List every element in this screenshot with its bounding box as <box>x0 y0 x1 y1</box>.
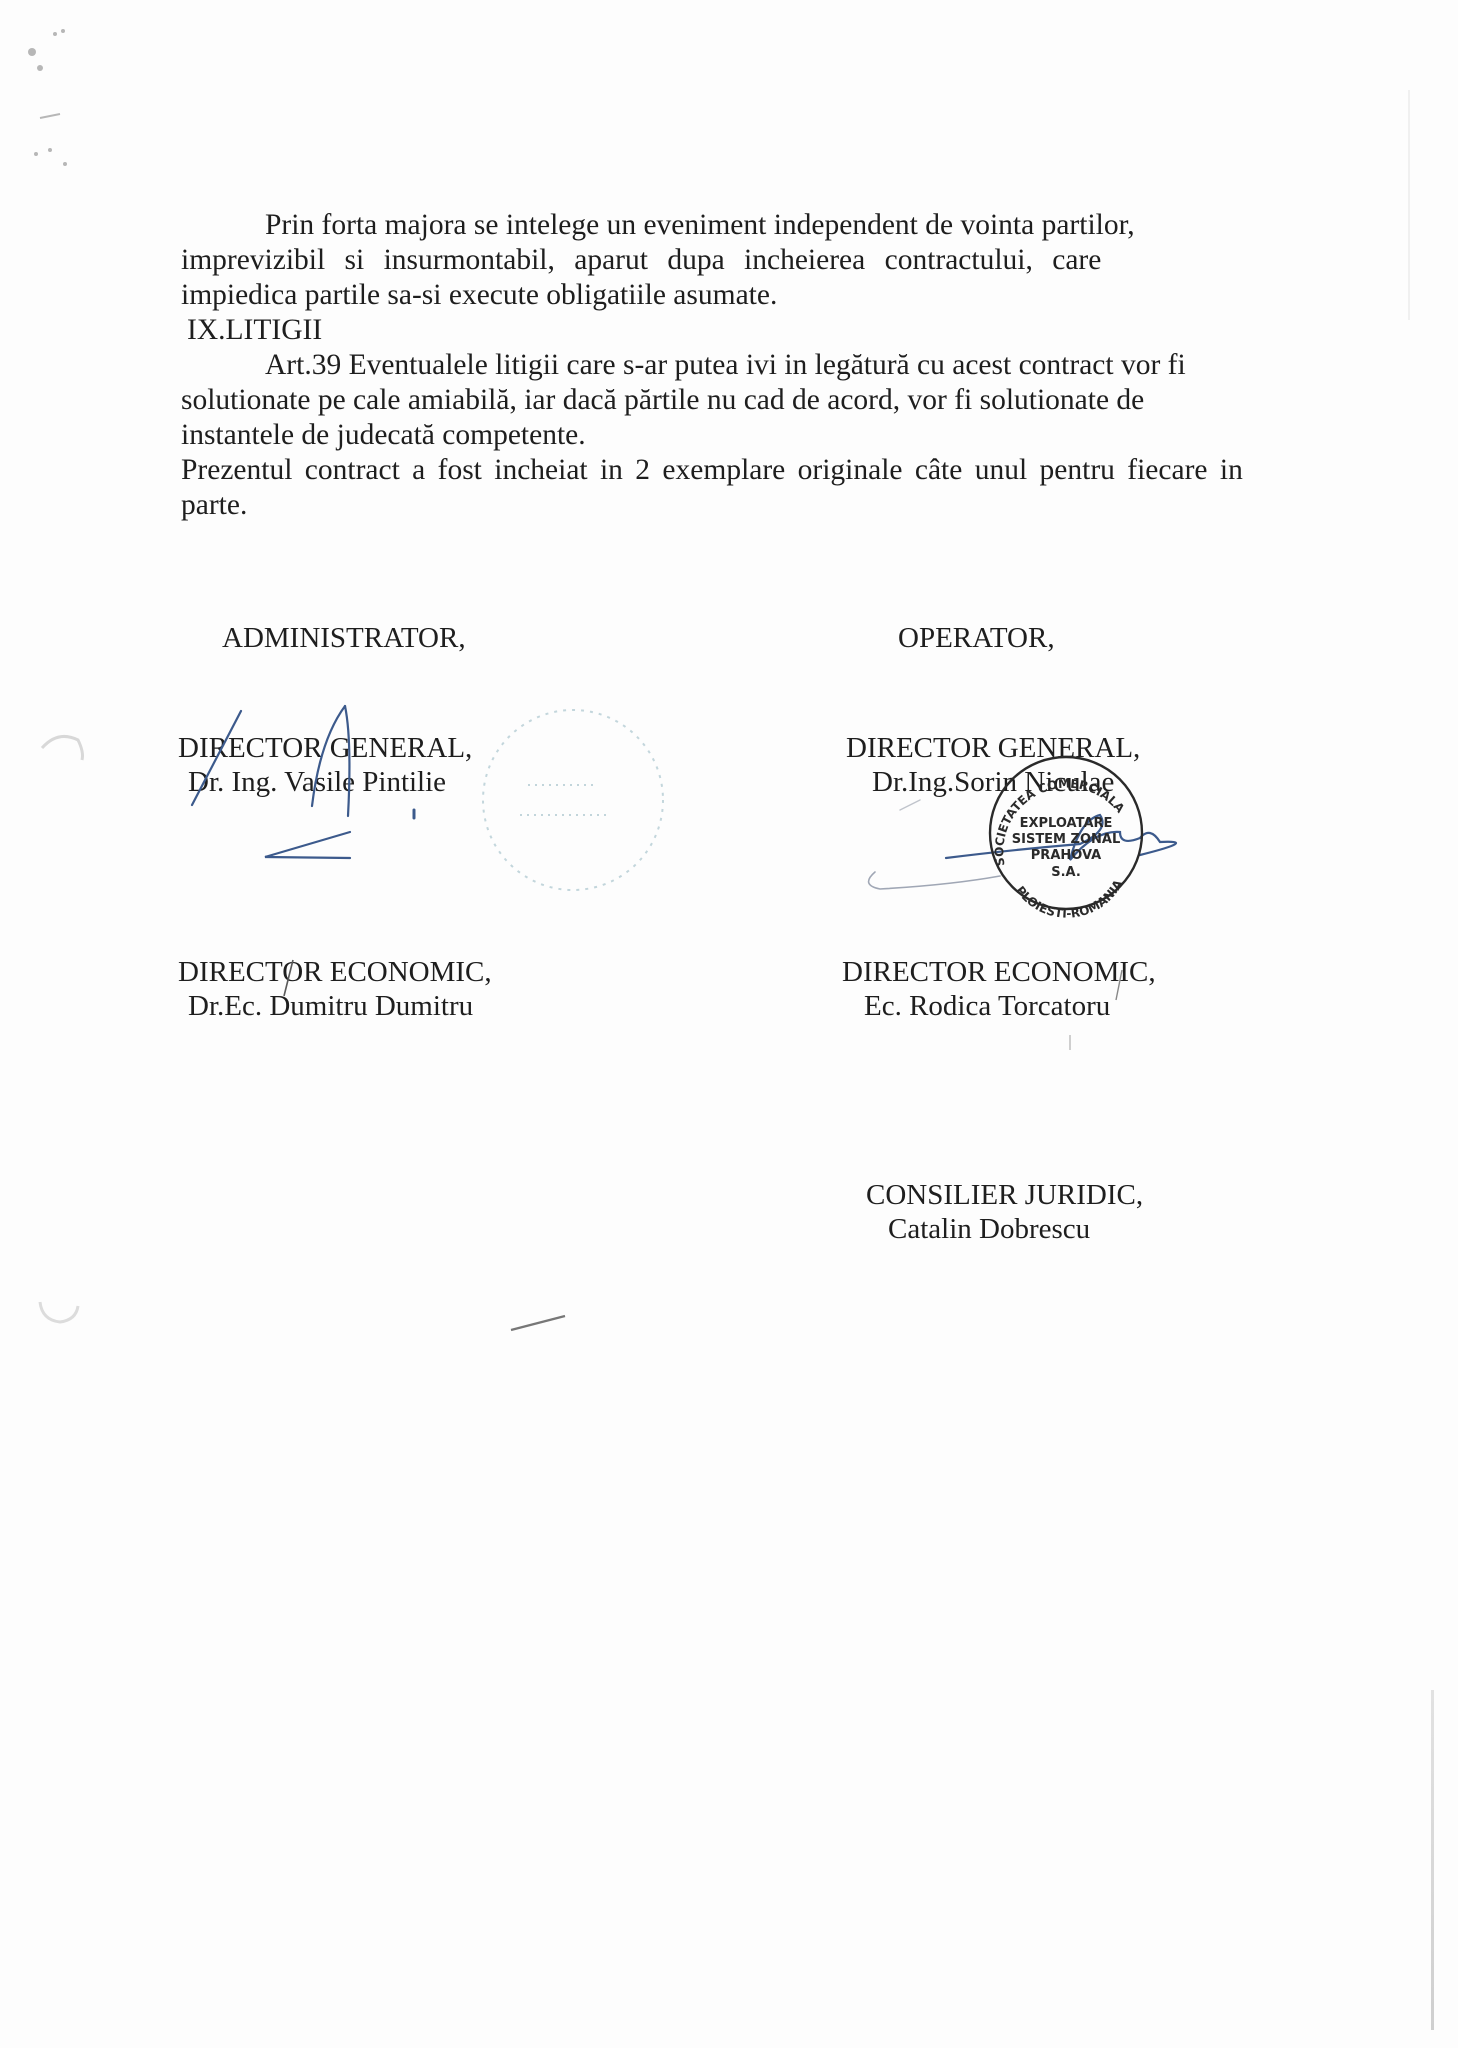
svg-text:EXPLOATARE: EXPLOATARE <box>1020 816 1113 831</box>
svg-text:PLOIESTI-ROMANIA: PLOIESTI-ROMANIA <box>1013 877 1126 921</box>
text-line: Prin forta majora se intelege un evenime… <box>181 208 1361 243</box>
signatory-left-economic: DIRECTOR ECONOMIC, Dr.Ec. Dumitru Dumitr… <box>178 955 492 1023</box>
signatory-right-general: DIRECTOR GENERAL, Dr.Ing.Sorin Niculae <box>846 731 1140 799</box>
text-line: instantele de judecată competente. <box>181 418 1361 453</box>
party-operator: OPERATOR, <box>898 622 1055 655</box>
closing-paragraph: Prezentul contract a fost incheiat in 2 … <box>181 453 1361 523</box>
text-line: solutionate pe cale amiabilă, iar dacă p… <box>181 383 1361 418</box>
signatory-title: DIRECTOR GENERAL, <box>846 731 1140 765</box>
punch-hole-mark <box>42 736 83 760</box>
stray-pen-stroke <box>511 1316 565 1330</box>
text-line: imprevizibil si insurmontabil, aparut du… <box>181 243 1361 278</box>
signatory-title: CONSILIER JURIDIC, <box>866 1178 1143 1212</box>
stamp-text: EXPLOATARE SISTEM ZONAL PRAHOVA S.A. <box>1012 816 1120 880</box>
svg-text:PRAHOVA: PRAHOVA <box>1031 848 1101 863</box>
signatory-left-general: DIRECTOR GENERAL, Dr. Ing. Vasile Pintil… <box>178 731 472 799</box>
signatory-name: Dr.Ec. Dumitru Dumitru <box>178 989 492 1023</box>
signatory-title: DIRECTOR ECONOMIC, <box>842 955 1156 989</box>
signatory-name: Ec. Rodica Torcatoru <box>842 989 1156 1023</box>
contract-body: Prin forta majora se intelege un evenime… <box>181 208 1361 523</box>
signatory-name: Dr. Ing. Vasile Pintilie <box>178 765 472 799</box>
text-line: impiedica partile sa-si execute obligati… <box>181 278 1361 313</box>
signatory-title: DIRECTOR ECONOMIC, <box>178 955 492 989</box>
text-line: parte. <box>181 488 1361 523</box>
text-line: Prezentul contract a fost incheiat in 2 … <box>181 453 1361 488</box>
signatory-right-economic: DIRECTOR ECONOMIC, Ec. Rodica Torcatoru <box>842 955 1156 1023</box>
article-39-paragraph: Art.39 Eventualele litigii care s-ar put… <box>181 348 1361 453</box>
text-line: Art.39 Eventualele litigii care s-ar put… <box>181 348 1361 383</box>
party-administrator: ADMINISTRATOR, <box>222 622 466 655</box>
svg-text:SISTEM ZONAL: SISTEM ZONAL <box>1012 832 1120 847</box>
scan-edge-line <box>1431 1690 1434 2030</box>
faded-stamp-left <box>483 710 663 890</box>
scan-edge-faint-line <box>1408 90 1410 320</box>
punch-hole-mark <box>40 1302 78 1322</box>
signatory-name: Dr.Ing.Sorin Niculae <box>846 765 1140 799</box>
force-majeure-paragraph: Prin forta majora se intelege un evenime… <box>181 208 1361 313</box>
scanned-page: Prin forta majora se intelege un evenime… <box>0 0 1458 2048</box>
signatory-title: DIRECTOR GENERAL, <box>178 731 472 765</box>
scan-specks <box>28 29 67 166</box>
section-heading: IX.LITIGII <box>181 313 1361 348</box>
signatory-name: Catalin Dobrescu <box>866 1212 1143 1246</box>
signature-right-general <box>869 800 1176 889</box>
svg-text:S.A.: S.A. <box>1051 865 1081 880</box>
signatory-legal: CONSILIER JURIDIC, Catalin Dobrescu <box>866 1178 1143 1246</box>
